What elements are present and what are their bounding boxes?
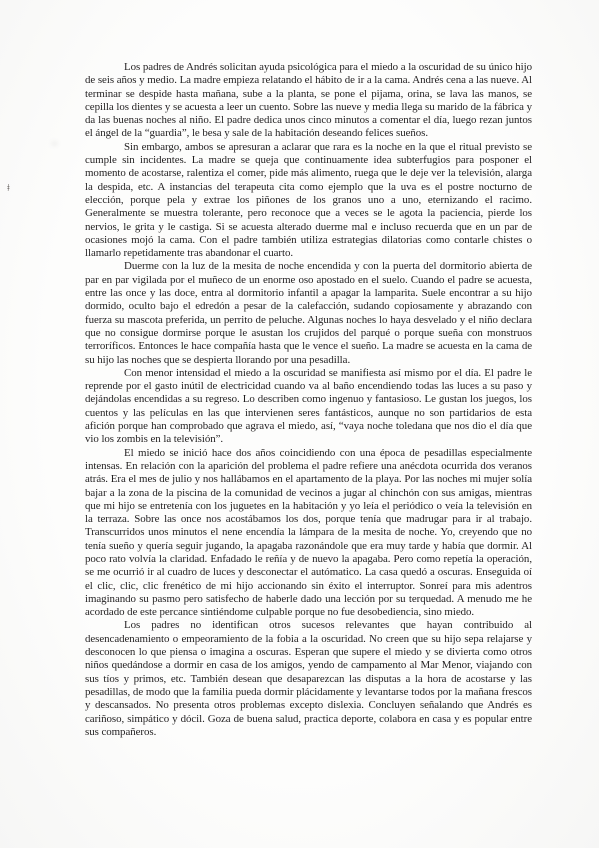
paragraph: Con menor intensidad el miedo a la oscur… <box>85 367 532 447</box>
paragraph: Sin embargo, ambos se apresuran a aclara… <box>85 141 532 261</box>
document-text-block: Los padres de Andrés solicitan ayuda psi… <box>85 61 532 739</box>
paragraph: Duerme con la luz de la mesita de noche … <box>85 260 532 366</box>
scan-smudge <box>51 141 58 146</box>
paragraph: Los padres no identifican otros sucesos … <box>85 619 532 739</box>
margin-mark: ǂ <box>7 184 10 194</box>
paragraph: El miedo se inició hace dos años coincid… <box>85 447 532 620</box>
paragraph: Los padres de Andrés solicitan ayuda psi… <box>85 61 532 141</box>
document-page: ǂ Los padres de Andrés solicitan ayuda p… <box>0 0 599 848</box>
